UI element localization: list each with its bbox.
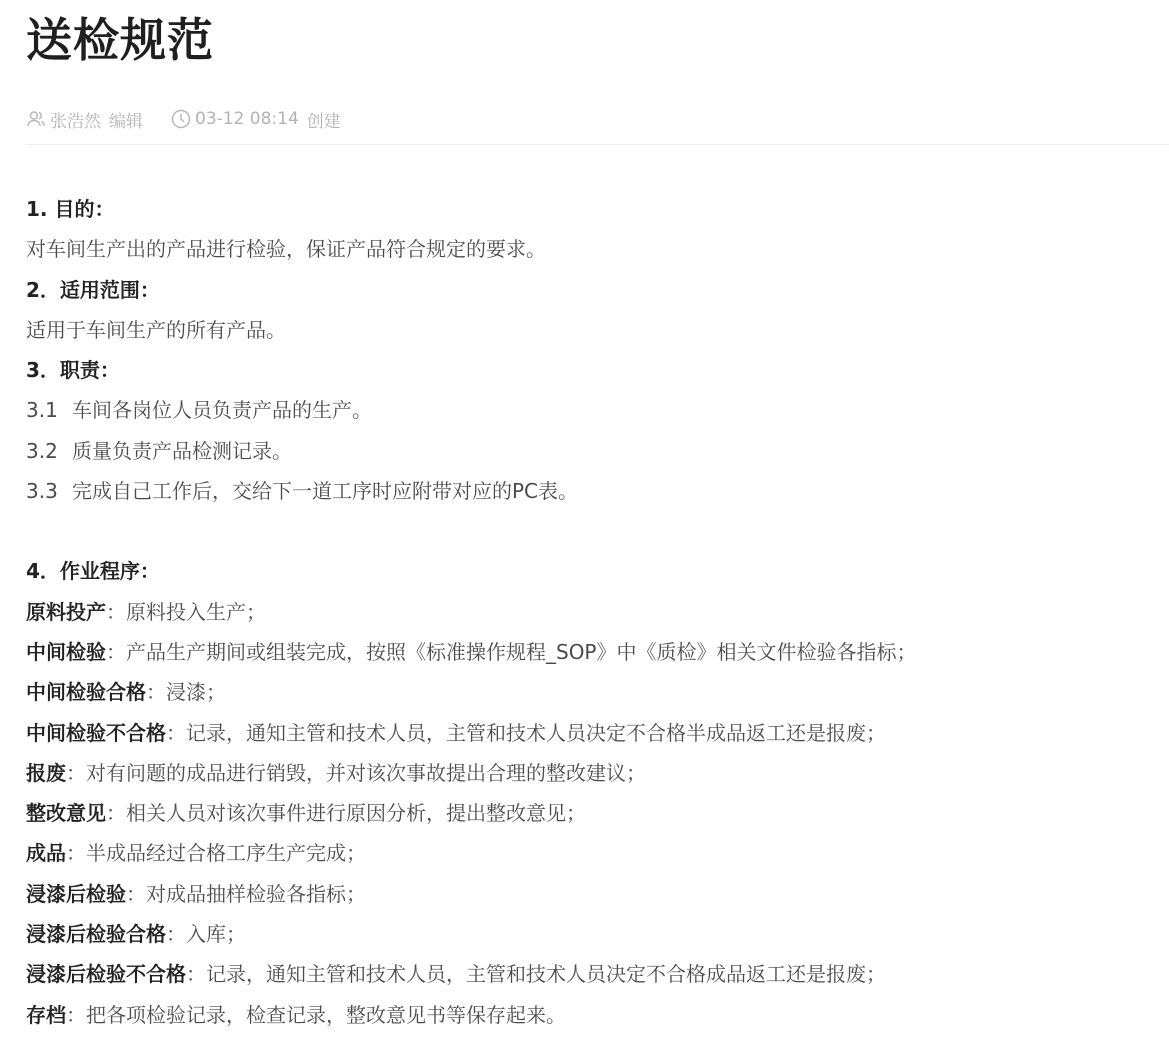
created-action: 创建	[307, 107, 341, 132]
created-info: 03-12 08:14 创建	[171, 107, 341, 132]
duty-number: 3.3	[26, 471, 72, 511]
header-divider	[26, 144, 1169, 145]
editor-action: 编辑	[109, 107, 143, 132]
procedure-item: 报废：对有问题的成品进行销毁，并对该次事故提出合理的整改建议；	[26, 753, 1169, 793]
procedure-item: 成品：半成品经过合格工序生产完成；	[26, 833, 1169, 873]
procedure-desc: ：原料投入生产；	[106, 600, 266, 624]
procedure-term: 整改意见	[26, 801, 106, 825]
procedure-item: 存档：把各项检验记录，检查记录，整改意见书等保存起来。	[26, 995, 1169, 1035]
procedure-term: 浸漆后检验不合格	[26, 962, 186, 986]
procedure-desc: ：对成品抽样检验各指标；	[126, 882, 366, 906]
procedure-term: 存档	[26, 1003, 66, 1027]
duty-text: 完成自己工作后，交给下一道工序时应附带对应的PC表。	[72, 479, 578, 503]
procedure-item: 原料投产：原料投入生产；	[26, 592, 1169, 632]
procedure-item: 中间检验合格：浸漆；	[26, 672, 1169, 712]
section-heading-duties: 3．职责：	[26, 350, 1169, 390]
procedure-desc: ：浸漆；	[146, 680, 226, 704]
procedure-term: 浸漆后检验	[26, 882, 126, 906]
procedure-term: 中间检验不合格	[26, 721, 166, 745]
procedure-item: 浸漆后检验合格：入库；	[26, 914, 1169, 954]
procedure-term: 报废	[26, 761, 66, 785]
section-body-scope: 适用于车间生产的所有产品。	[26, 310, 1169, 350]
procedure-item: 浸漆后检验不合格：记录，通知主管和技术人员，主管和技术人员决定不合格成品返工还是…	[26, 954, 1169, 994]
duty-item: 3.2质量负责产品检测记录。	[26, 431, 1169, 471]
procedure-desc: ：半成品经过合格工序生产完成；	[66, 841, 366, 865]
procedure-term: 原料投产	[26, 600, 106, 624]
editor-name: 张浩然	[50, 107, 101, 132]
procedure-item: 浸漆后检验：对成品抽样检验各指标；	[26, 874, 1169, 914]
section-body-purpose: 对车间生产出的产品进行检验，保证产品符合规定的要求。	[26, 229, 1169, 269]
section-heading-purpose: 1. 目的：	[26, 189, 1169, 229]
user-icon	[26, 109, 46, 129]
procedure-desc: ：记录，通知主管和技术人员，主管和技术人员决定不合格成品返工还是报废；	[186, 962, 886, 986]
procedure-desc: ：产品生产期间或组装完成，按照《标准操作规程_SOP》中《质检》相关文件检验各指…	[106, 640, 917, 664]
document-meta: 张浩然 编辑 03-12 08:14 创建	[26, 108, 1169, 130]
procedure-desc: ：记录，通知主管和技术人员，主管和技术人员决定不合格半成品返工还是报废；	[166, 721, 886, 745]
section-heading-scope: 2．适用范围：	[26, 270, 1169, 310]
duty-number: 3.2	[26, 431, 72, 471]
document-body: 1. 目的： 对车间生产出的产品进行检验，保证产品符合规定的要求。 2．适用范围…	[26, 189, 1169, 1035]
duty-text: 车间各岗位人员负责产品的生产。	[72, 398, 372, 422]
procedure-desc: ：把各项检验记录，检查记录，整改意见书等保存起来。	[66, 1003, 566, 1027]
clock-icon	[171, 109, 191, 129]
blank-line	[26, 511, 1169, 551]
procedure-term: 中间检验合格	[26, 680, 146, 704]
duty-item: 3.3完成自己工作后，交给下一道工序时应附带对应的PC表。	[26, 471, 1169, 511]
duty-item: 3.1车间各岗位人员负责产品的生产。	[26, 390, 1169, 430]
procedure-desc: ：相关人员对该次事件进行原因分析，提出整改意见；	[106, 801, 586, 825]
duty-number: 3.1	[26, 390, 72, 430]
duty-text: 质量负责产品检测记录。	[72, 439, 292, 463]
procedure-desc: ：对有问题的成品进行销毁，并对该次事故提出合理的整改建议；	[66, 761, 646, 785]
procedure-item: 中间检验：产品生产期间或组装完成，按照《标准操作规程_SOP》中《质检》相关文件…	[26, 632, 1169, 672]
procedure-desc: ：入库；	[166, 922, 246, 946]
document-page: 送检规范 张浩然 编辑 03-12 08:14 创建 1. 目的： 对车间生产出…	[0, 0, 1169, 1035]
section-heading-procedure: 4．作业程序：	[26, 551, 1169, 591]
page-title: 送检规范	[26, 0, 1169, 76]
procedure-term: 浸漆后检验合格	[26, 922, 166, 946]
created-time: 03-12 08:14	[195, 109, 299, 129]
procedure-term: 成品	[26, 841, 66, 865]
editor-info: 张浩然 编辑	[26, 107, 143, 132]
procedure-item: 中间检验不合格：记录，通知主管和技术人员，主管和技术人员决定不合格半成品返工还是…	[26, 713, 1169, 753]
procedure-term: 中间检验	[26, 640, 106, 664]
procedure-item: 整改意见：相关人员对该次事件进行原因分析，提出整改意见；	[26, 793, 1169, 833]
